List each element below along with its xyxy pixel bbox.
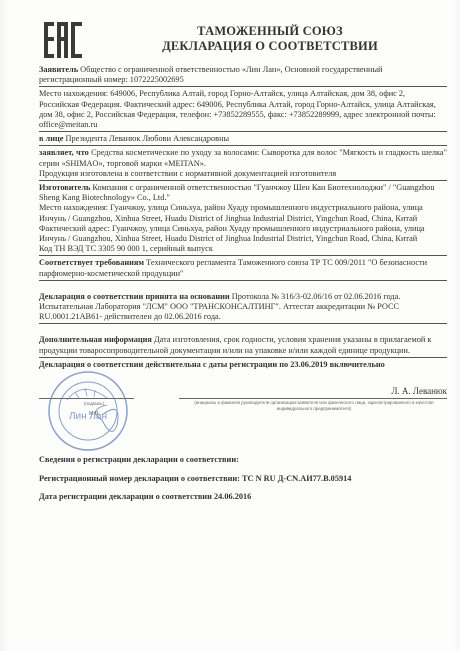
signatory-hint: (инициалы и фамилия руководителя организ… — [189, 400, 439, 412]
basis-label: Декларация о соответствии принята на осн… — [39, 292, 230, 301]
registration-heading: Сведения о регистрации декларации о соот… — [39, 455, 447, 464]
applicant-text: Общество с ограниченной ответственностью… — [39, 65, 382, 84]
manufacturer-text: Компания с ограниченной ответственностью… — [39, 183, 434, 202]
title-line-declaration: ДЕКЛАРАЦИЯ О СООТВЕТСТВИИ — [140, 39, 400, 54]
representative-label: в лице — [39, 134, 63, 143]
document-title: ТАМОЖЕННЫЙ СОЮЗ ДЕКЛАРАЦИЯ О СООТВЕТСТВИ… — [140, 24, 400, 54]
applicant-section: Заявитель Общество с ограниченной ответс… — [39, 65, 447, 87]
eac-logo-icon — [44, 22, 82, 58]
svg-text:Лин Лан: Лин Лан — [69, 411, 107, 422]
registration-date: Дата регистрации декларации о соответств… — [39, 492, 447, 501]
title-line-union: ТАМОЖЕННЫЙ СОЮЗ — [140, 24, 400, 39]
manufacturer-location: Место нахождения: Гуанчжоу, улица Синьху… — [39, 203, 447, 223]
compliance-label: Соответствует требованиям — [39, 258, 144, 267]
signatory-name: Л. А. Леванюк — [391, 386, 447, 396]
manufacturer-section: Изготовитель Компания с ограниченной отв… — [39, 183, 447, 256]
registration-number: Регистрационный номер декларации о соотв… — [39, 474, 447, 483]
registration-info: Сведения о регистрации декларации о соот… — [39, 455, 447, 511]
applicant-address: Место нахождения: 649006, Республика Алт… — [39, 89, 447, 132]
company-stamp-icon: Лин Лан — [47, 370, 129, 452]
representative-text: Президента Леванюк Любови Александровны — [63, 134, 229, 143]
declaration-page: ТАМОЖЕННЫЙ СОЮЗ ДЕКЛАРАЦИЯ О СООТВЕТСТВИ… — [0, 0, 460, 651]
manufacturer-actual-address: Фактический адрес: Гуанчжоу, улица Синьх… — [39, 224, 447, 244]
declares-text: Средства косметические по уходу за волос… — [39, 148, 447, 167]
basis-section: Декларация о соответствии принята на осн… — [39, 292, 447, 325]
applicant-label: Заявитель — [39, 65, 78, 74]
applicant-address-text: Место нахождения: 649006, Республика Алт… — [39, 89, 436, 129]
additional-info-section: Дополнительная информация Дата изготовле… — [39, 335, 447, 357]
hs-code: Код ТН ВЭД ТС 3305 90 000 1, серийный вы… — [39, 244, 447, 254]
manufacturer-label: Изготовитель — [39, 183, 90, 192]
compliance-section: Соответствует требованиям Технического р… — [39, 258, 447, 280]
signatory-line — [179, 398, 447, 399]
declares-section: заявляет, что Средства косметические по … — [39, 148, 447, 181]
declares-label: заявляет, что — [39, 148, 89, 157]
production-note: Продукция изготовлена в соответствии с н… — [39, 169, 447, 179]
additional-info-label: Дополнительная информация — [39, 335, 152, 344]
representative-section: в лице Президента Леванюк Любови Алексан… — [39, 134, 447, 146]
